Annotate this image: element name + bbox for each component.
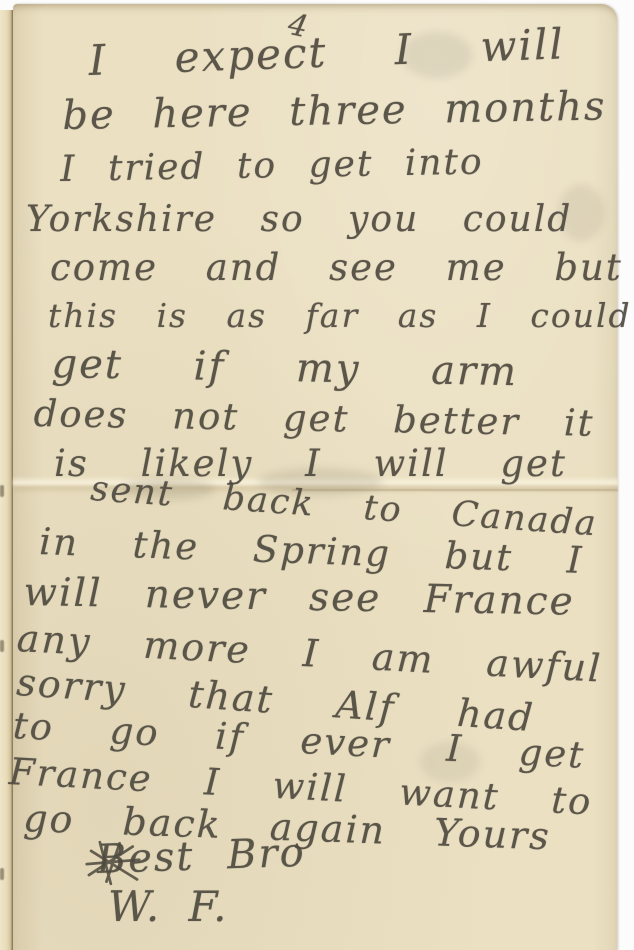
crossout-scribble [84,840,142,886]
handwritten-line: this is as far as I could [48,298,632,334]
edge-tear-mark [0,485,4,497]
scanned-letter-page: 4 I expect I will be here three months I… [0,0,634,950]
handwritten-line: Yorkshire so you could [26,200,572,240]
handwritten-line: I tried to get into [60,143,484,190]
handwritten-line: be here three months [62,85,607,138]
handwritten-signature: W. F. [108,884,228,930]
edge-tear-mark [0,640,4,652]
handwritten-line: come and see me but [50,248,623,289]
handwritten-line: get if my arm [51,342,518,394]
edge-tear-mark [0,868,4,880]
page-fold-sliver [0,10,13,950]
